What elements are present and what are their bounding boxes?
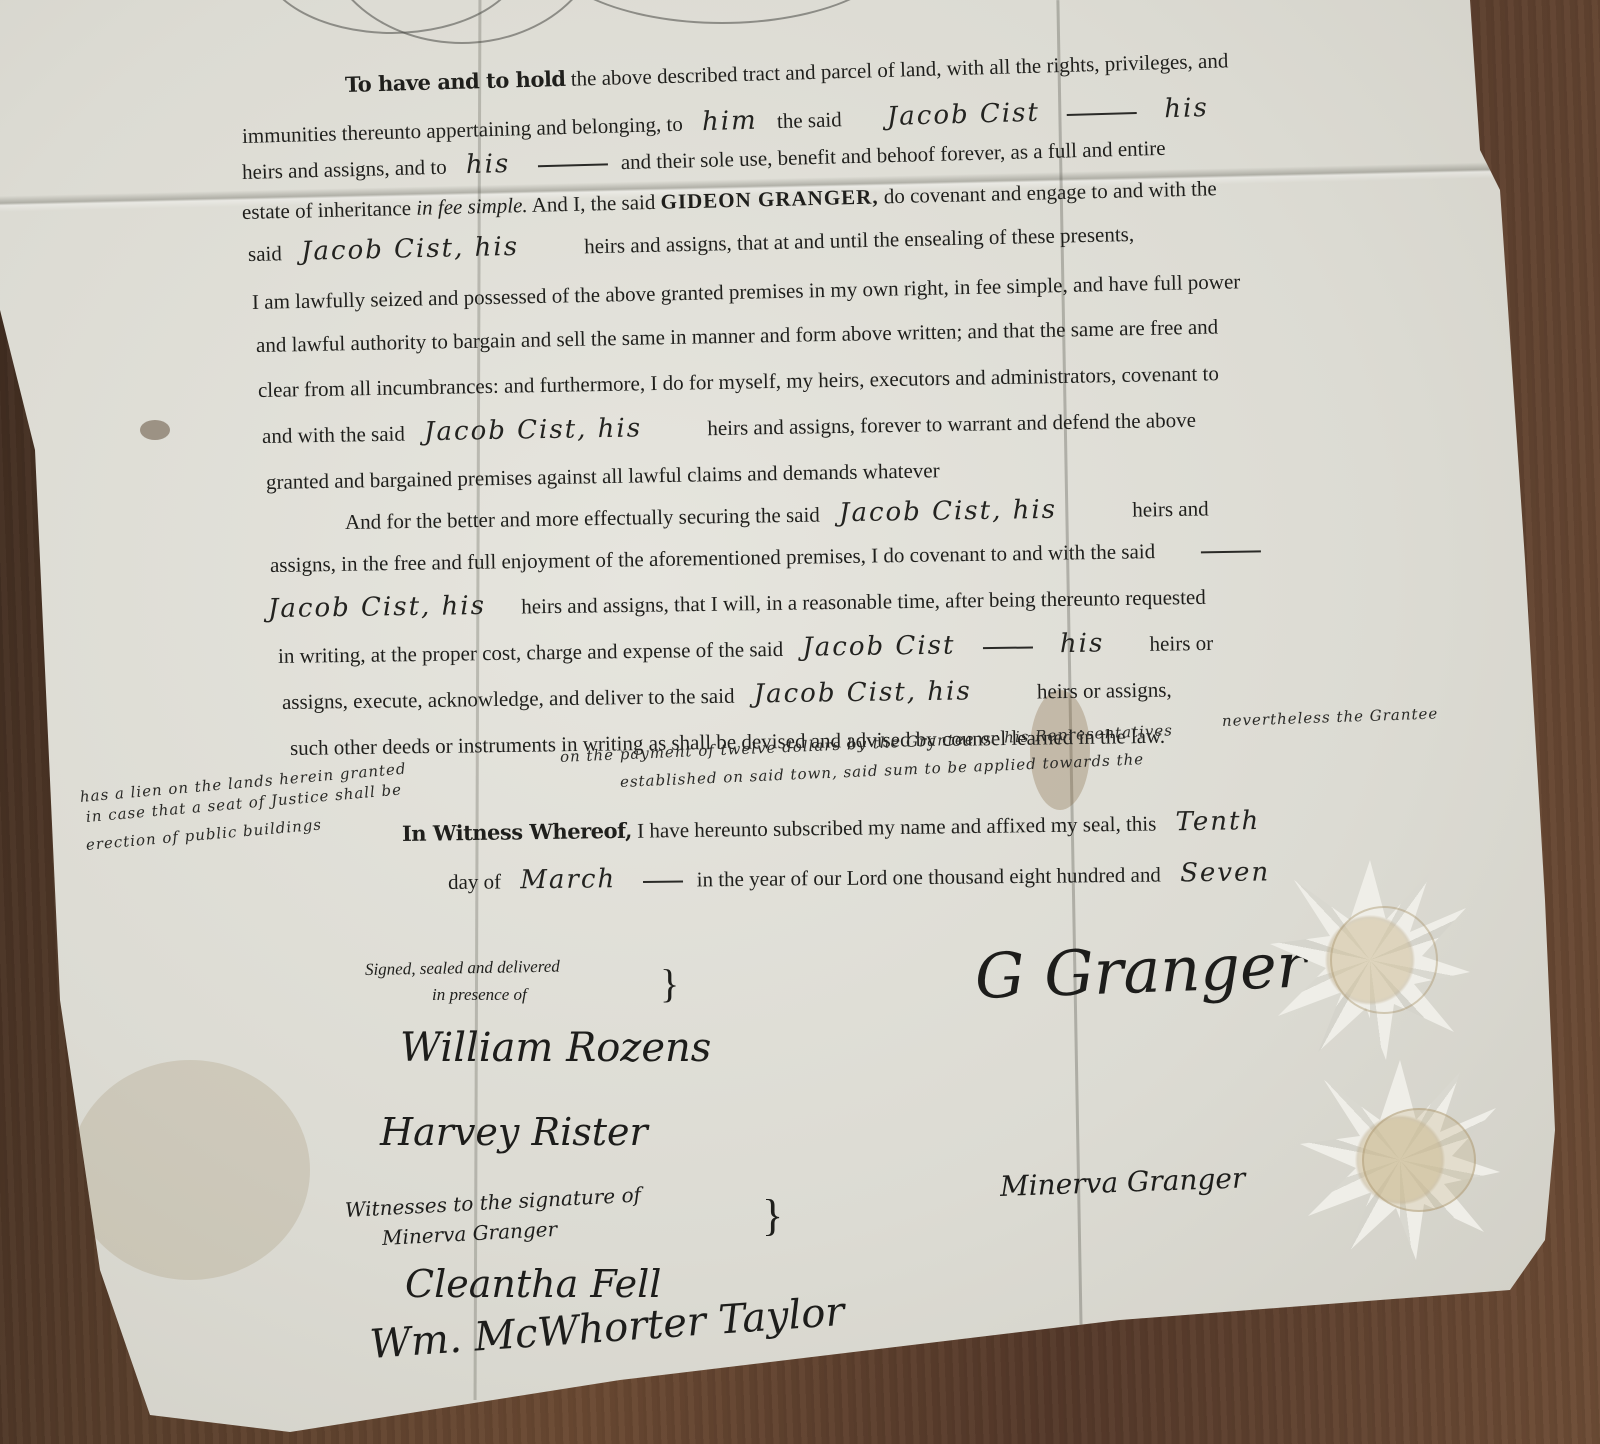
deed-line: And for the better and more effectually … — [345, 492, 1209, 536]
handwritten-grantee: Jacob Cist, his — [424, 413, 642, 447]
witness-signature: Harvey Rister — [380, 1110, 648, 1154]
handwritten-grantee: Jacob Cist, his — [301, 232, 520, 267]
seal-rim — [1330, 906, 1438, 1014]
testimonium-line: In Witness Whereof, I have hereunto subs… — [402, 806, 1275, 848]
deed-line: and lawful authority to bargain and sell… — [256, 315, 1219, 358]
handwritten-year: Seven — [1180, 857, 1270, 888]
deed-line: granted and bargained premises against a… — [266, 458, 940, 495]
brace-icon: } — [762, 1190, 783, 1241]
handwritten-day: Tenth — [1175, 806, 1260, 837]
handwritten-grantee: Jacob Cist, his — [268, 591, 486, 624]
handwritten-entry: his — [1060, 628, 1105, 659]
deed-text: To have and to hold the above described … — [0, 0, 1600, 1444]
seal-rim — [1362, 1108, 1476, 1212]
handwritten-grantee: Jacob Cist, his — [754, 676, 972, 709]
grantor-signature: G Granger — [974, 928, 1308, 1013]
handwritten-entry: his — [466, 149, 511, 180]
in-witness-lead: In Witness Whereof, — [402, 818, 632, 846]
deed-line: I am lawfully seized and possessed of th… — [252, 269, 1241, 315]
handwritten-grantee: Jacob Cist, his — [839, 495, 1057, 528]
deed-line: said Jacob Cist, his heirs and assigns, … — [248, 218, 1135, 268]
deed-line: assigns, in the free and full enjoyment … — [270, 537, 1269, 578]
handwritten-grantee: Jacob Cist — [802, 631, 955, 663]
deed-line: estate of inheritance in fee simple. And… — [242, 176, 1217, 225]
witness-signature: William Rozens — [400, 1025, 711, 1071]
handwritten-entry: him — [702, 106, 759, 138]
handwritten-grantee: Jacob Cist — [886, 98, 1040, 132]
deed-line: assigns, execute, acknowledge, and deliv… — [282, 674, 1172, 716]
witness-note: Minerva Granger — [381, 1217, 557, 1250]
handwritten-entry: his — [1164, 93, 1209, 124]
habendum-lead: To have and to hold — [345, 66, 566, 97]
deed-line: in writing, at the proper cost, charge a… — [278, 627, 1214, 670]
handwritten-month: March — [520, 864, 616, 895]
deed-line: clear from all incumbrances: and further… — [258, 361, 1219, 403]
witness-signature: Cleantha Fell — [405, 1262, 661, 1306]
attestation-label: Signed, sealed and delivered — [365, 957, 560, 980]
brace-icon: } — [660, 960, 679, 1007]
handwritten-insert-line: nevertheless the Grantee — [1222, 704, 1439, 730]
deed-line: Jacob Cist, his heirs and assigns, that … — [268, 581, 1206, 624]
grantor-name: GIDEON GRANGER, — [660, 184, 879, 213]
date-line: day of March in the year of our Lord one… — [448, 857, 1284, 896]
deed-line: To have and to hold the above described … — [345, 47, 1229, 98]
second-signature: Minerva Granger — [999, 1161, 1245, 1203]
witness-note: Witnesses to the signature of — [344, 1183, 641, 1222]
deed-line: and with the said Jacob Cist, his heirs … — [262, 404, 1196, 450]
attestation-label: in presence of — [432, 985, 527, 1005]
